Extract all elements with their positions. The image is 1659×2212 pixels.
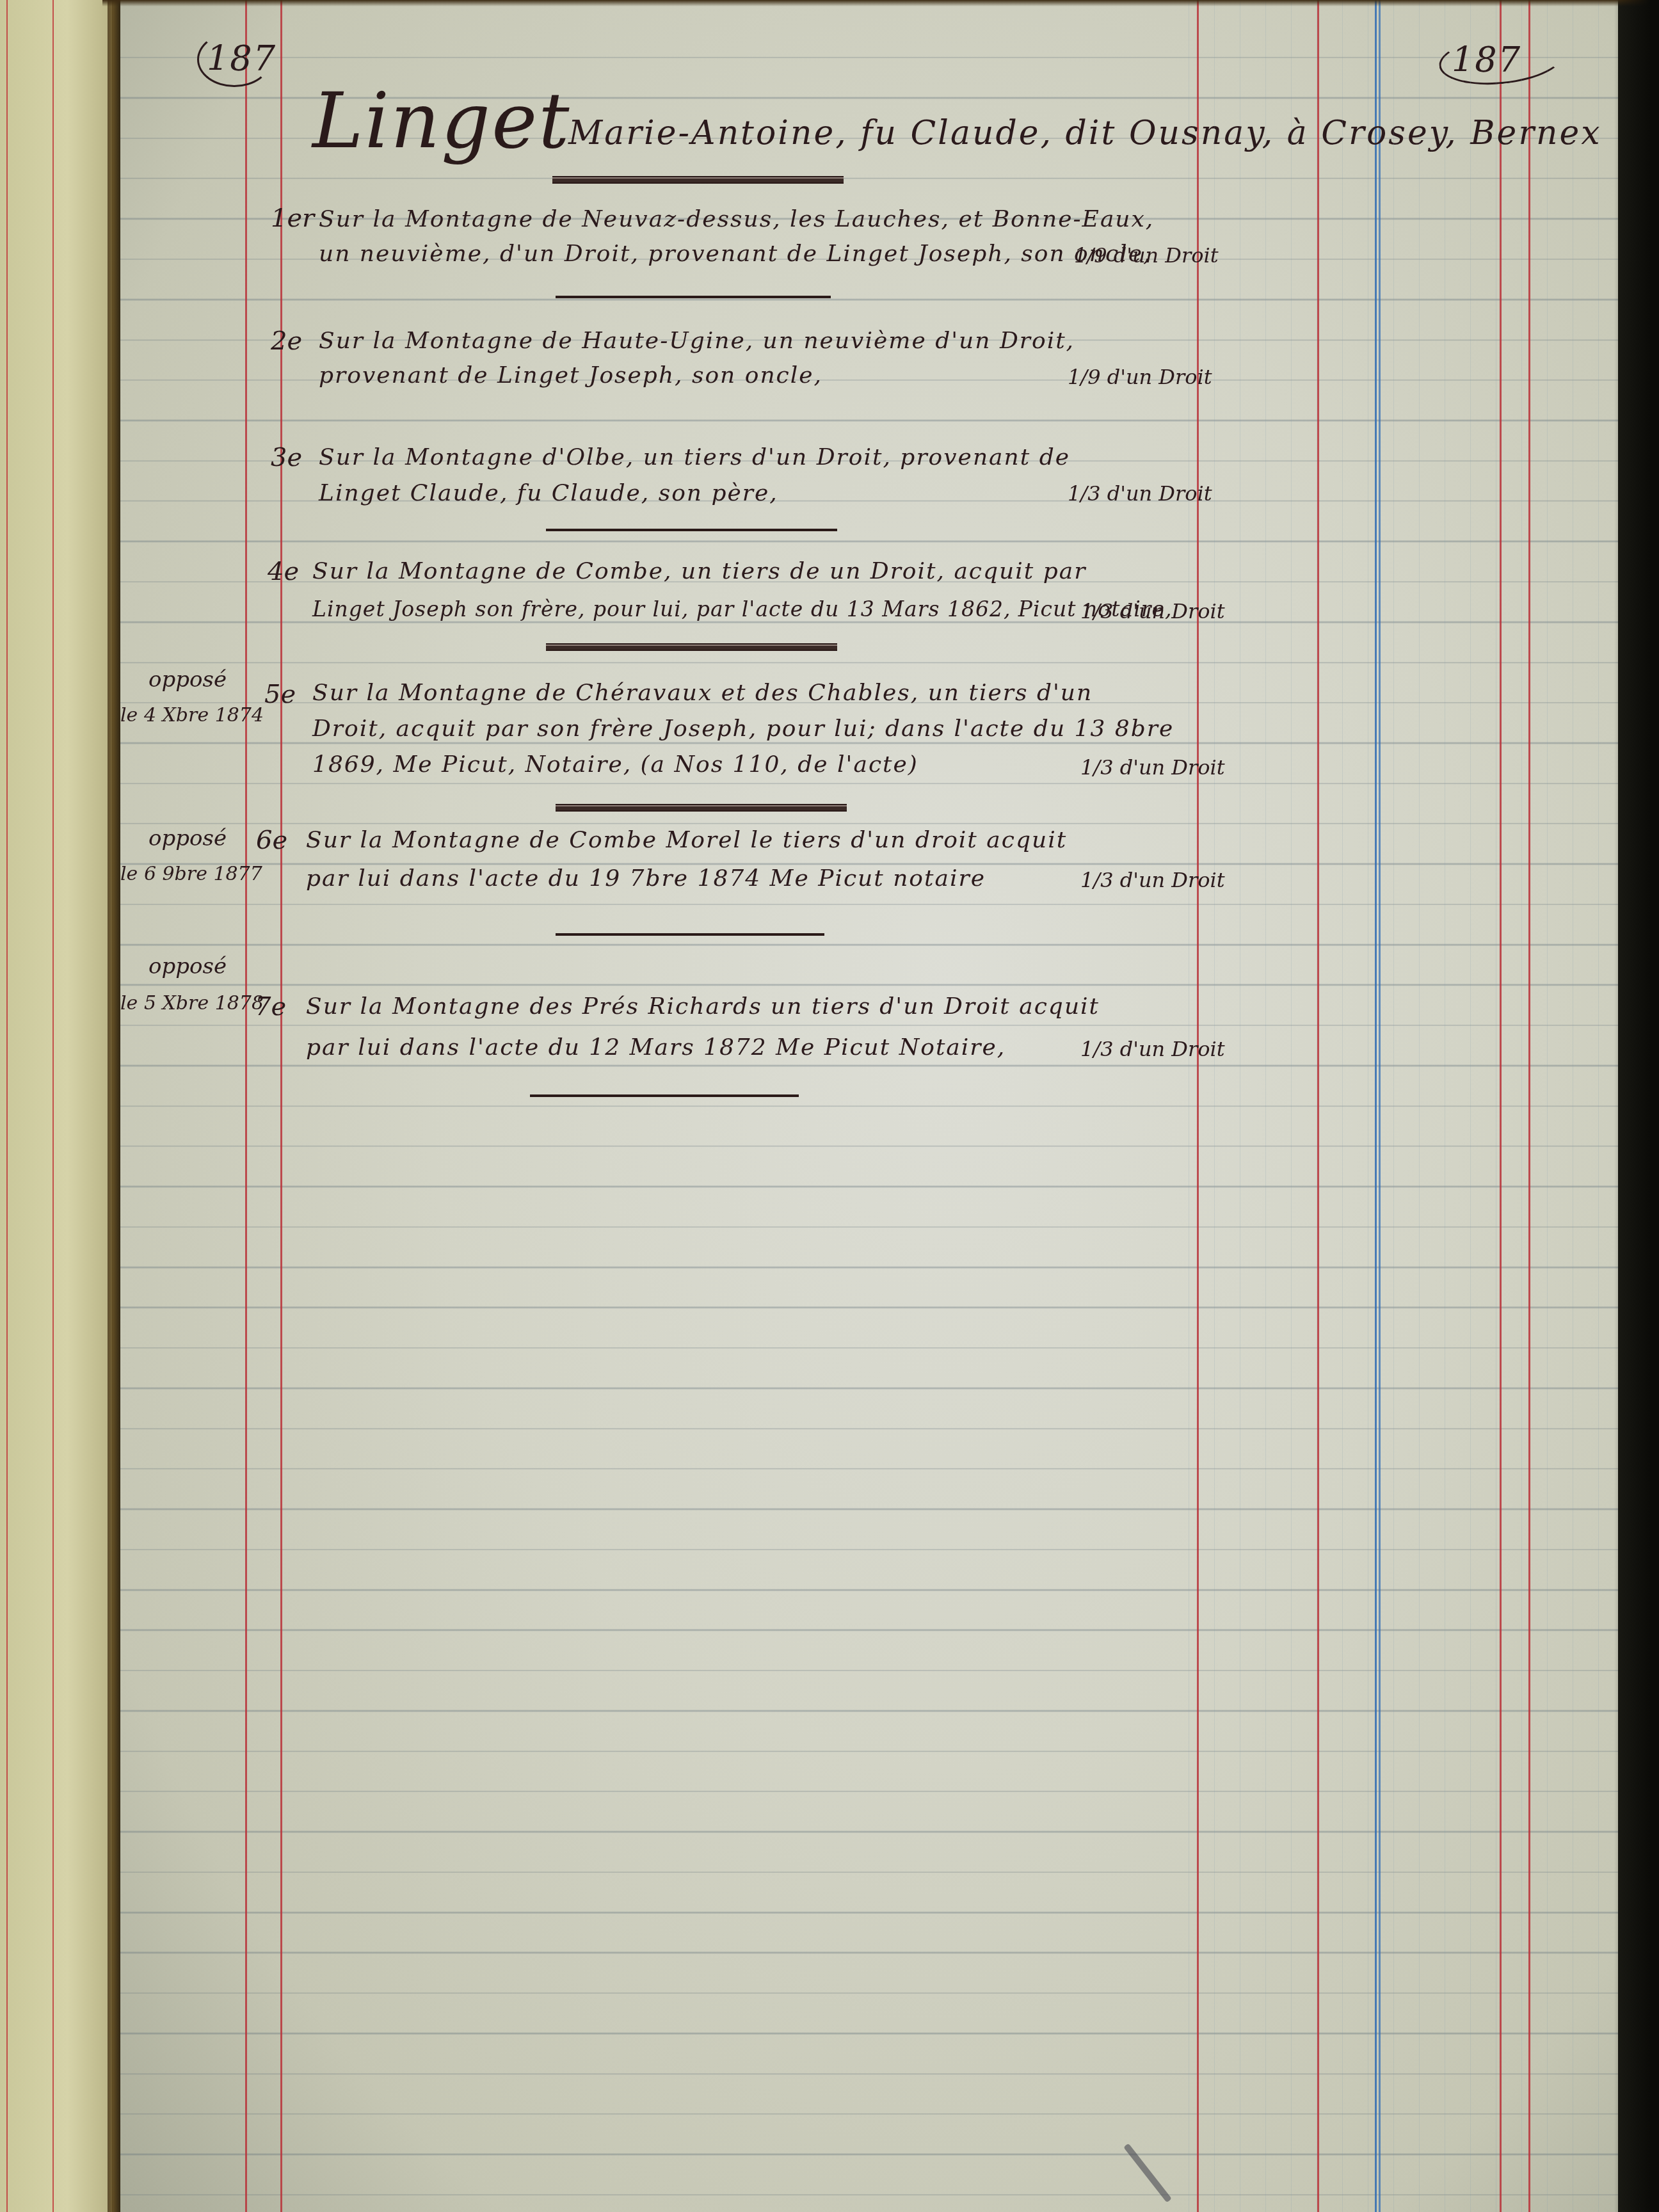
entry-share: 1/3 d'un Droit xyxy=(1080,755,1225,780)
entry-text-line: Sur la Montagne de Combe Morel le tiers … xyxy=(306,827,1067,853)
entry-share: 1/3 d'un Droit xyxy=(1068,481,1212,506)
page-top-edge xyxy=(102,0,1659,6)
entry-text-line: Sur la Montagne d'Olbe, un tiers d'un Dr… xyxy=(319,444,1070,470)
folio-number-right: 187 xyxy=(1452,40,1521,80)
entry-number: 5e xyxy=(264,680,296,709)
entry-share: 1/9 d'un Droit xyxy=(1068,365,1212,389)
red-rule xyxy=(1500,0,1502,2212)
entry-separator xyxy=(556,933,824,936)
register-page: 187 187 Linget Marie-Antoine, fu Claude,… xyxy=(120,0,1618,2212)
heading-given-names: Marie-Antoine, fu Claude, dit Ousnay, à … xyxy=(568,114,1602,152)
margin-note: opposé xyxy=(133,954,242,979)
entry-separator xyxy=(530,1094,799,1097)
prev-page-red-rule xyxy=(52,0,54,2212)
binding-gutter xyxy=(108,0,122,2212)
entry-number: 4e xyxy=(268,557,299,586)
red-rule xyxy=(1528,0,1530,2212)
entry-number: 1er xyxy=(271,204,314,233)
entry-separator xyxy=(556,804,847,812)
entry-text-line: Sur la Montagne de Combe, un tiers de un… xyxy=(312,558,1086,584)
entry-number: 7e xyxy=(255,992,286,1022)
entry-text-line: Sur la Montagne de Haute-Ugine, un neuvi… xyxy=(319,328,1075,354)
entry-number: 6e xyxy=(256,826,287,855)
blue-double-rule xyxy=(1375,0,1377,2212)
entry-text-line: par lui dans l'acte du 12 Mars 1872 Me P… xyxy=(306,1034,1006,1061)
margin-note: opposé xyxy=(133,667,242,693)
page-right-shadow xyxy=(1614,0,1659,2212)
margin-note: le 4 Xbre 1874 xyxy=(120,704,242,726)
entry-text-line: provenant de Linget Joseph, son oncle, xyxy=(319,362,822,389)
margin-note: le 6 9bre 1877 xyxy=(120,863,242,885)
entry-separator xyxy=(546,529,837,531)
amount-column-red-rule xyxy=(1197,0,1199,2212)
entry-text-line: Sur la Montagne des Prés Richards un tie… xyxy=(306,993,1100,1020)
entry-number: 2e xyxy=(271,326,302,356)
blue-double-rule xyxy=(1379,0,1381,2212)
heading-surname: Linget xyxy=(312,77,570,166)
entry-text-line: Linget Joseph son frère, pour lui, par l… xyxy=(312,597,1173,621)
entry-text-line: Droit, acquit par son frère Joseph, pour… xyxy=(312,716,1174,742)
heading-underline xyxy=(552,176,844,184)
entry-share: 1/9 d'un Droit xyxy=(1074,243,1219,268)
folio-flourish xyxy=(1437,29,1567,90)
entry-number: 3e xyxy=(271,443,302,472)
previous-page-edge xyxy=(0,0,112,2212)
margin-red-rule xyxy=(245,0,247,2212)
red-rule xyxy=(1317,0,1319,2212)
folio-flourish xyxy=(197,32,271,87)
entry-share: 1/3 d'un Droit xyxy=(1080,1037,1225,1061)
entry-share: 1/3 d'un Droit xyxy=(1080,868,1225,892)
pencil-mark xyxy=(1123,2144,1172,2203)
entry-text-line: Sur la Montagne de Chéravaux et des Chab… xyxy=(312,680,1093,706)
entry-separator xyxy=(556,296,831,298)
entry-text-line: 1869, Me Picut, Notaire, (a Nos 110, de … xyxy=(312,751,918,778)
entry-share: 1/3 d'un Droit xyxy=(1080,599,1225,623)
margin-note: opposé xyxy=(133,826,242,851)
entry-text-line: Sur la Montagne de Neuvaz-dessus, les La… xyxy=(319,206,1154,232)
entry-text-line: un neuvième, d'un Droit, provenant de Li… xyxy=(319,241,1151,267)
margin-note: le 5 Xbre 1878 xyxy=(120,992,242,1014)
prev-page-red-rule xyxy=(6,0,8,2212)
entry-text-line: Linget Claude, fu Claude, son père, xyxy=(319,480,778,506)
entry-separator xyxy=(546,643,837,651)
entry-text-line: par lui dans l'acte du 19 7bre 1874 Me P… xyxy=(306,865,986,892)
